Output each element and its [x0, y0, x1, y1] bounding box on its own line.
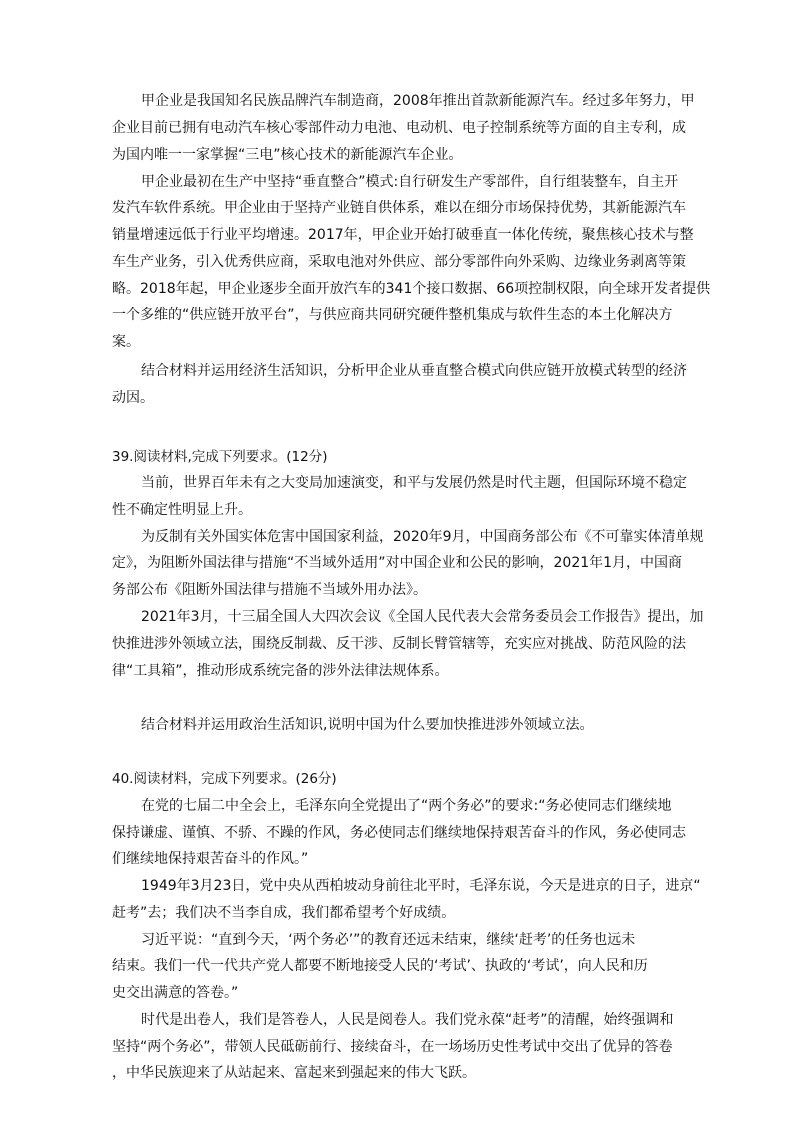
paragraph-line: 为国内唯一一家掌握“三电”核心技术的新能源汽车企业。 — [112, 144, 687, 166]
paragraph-line: 们继续地保持艰苦奋斗的作风。” — [112, 848, 687, 870]
paragraph-line: 发汽车软件系统。甲企业由于坚持产业链自供体系，难以在细分市场保持优势，其新能源汽… — [112, 197, 687, 219]
paragraph-line: 史交出满意的答卷。” — [112, 982, 687, 1004]
paragraph-line: 甲企业是我国知名民族品牌汽车制造商，2008年推出首款新能源汽车。经过多年努力，… — [141, 90, 687, 112]
paragraph-line: 销量增速远低于行业平均增速。2017年，甲企业开始打破垂直一体化传统，聚焦核心技… — [112, 224, 687, 246]
question-prompt-line: 动因。 — [112, 387, 687, 409]
paragraph-line: 2021年3月，十三届全国人大四次会议《全国人民代表大会常务委员会工作报告》提出… — [141, 606, 687, 628]
paragraph-line: 快推进涉外领域立法，围绕反制裁、反干涉、反制长臂管辖等，充实应对挑战、防范风险的… — [112, 633, 687, 655]
paragraph-line: 企业目前已拥有电动汽车核心零部件动力电池、电动机、电子控制系统等方面的自主专利，… — [112, 117, 687, 139]
paragraph-line: 甲企业最初在生产中坚持“垂直整合”模式:自行研发生产零部件，自行组装整车，自主开 — [141, 171, 687, 193]
paragraph-line: 为反制有关外国实体危害中国国家利益，2020年9月，中国商务部公布《不可靠实体清… — [141, 526, 687, 548]
paragraph-line: 结束。我们一代一代共产党人都要不断地接受人民的‘考试’、执政的‘考试’，向人民和… — [112, 955, 687, 977]
paragraph-line: 性不确定性明显上升。 — [112, 499, 687, 521]
paragraph-line: ，中华民族迎来了从站起来、富起来到强起来的伟大飞跃。 — [112, 1062, 687, 1084]
document-page: 甲企业是我国知名民族品牌汽车制造商，2008年推出首款新能源汽车。经过多年努力，… — [0, 0, 794, 1123]
paragraph-line: 当前，世界百年未有之大变局加速演变，和平与发展仍然是时代主题，但国际环境不稳定 — [141, 472, 687, 494]
paragraph-line: 1949年3月23日，党中央从西柏坡动身前往北平时，毛泽东说，今天是进京的日子，… — [141, 875, 687, 897]
paragraph-line: 案。 — [112, 331, 687, 353]
paragraph-line: 坚持“两个务必”，带领人民砥砺前行、接续奋斗，在一场场历史性考试中交出了优异的答… — [112, 1036, 687, 1058]
paragraph-line: 保持谦虚、谨慎、不骄、不躁的作风，务必使同志们继续地保持艰苦奋斗的作风，务必使同… — [112, 822, 687, 844]
paragraph-line: 习近平说：“直到今天，‘两个务必’”的教育还远未结束，继续‘赶考’的任务也远未 — [141, 929, 687, 951]
paragraph-line: 赶考”去；我们决不当李自成，我们都希望考个好成绩。 — [112, 902, 687, 924]
paragraph-line: 时代是出卷人，我们是答卷人，人民是阅卷人。我们党永葆“赶考”的清醒，始终强调和 — [141, 1009, 687, 1031]
question-prompt-line: 结合材料并运用经济生活知识，分析甲企业从垂直整合模式向供应链开放模式转型的经济 — [141, 360, 687, 382]
paragraph-line: 在党的七届二中全会上，毛泽东向全党提出了“两个务必”的要求:“务必使同志们继续地 — [141, 795, 687, 817]
paragraph-line: 务部公布《阻断外国法律与措施不当域外用办法》。 — [112, 579, 687, 601]
paragraph-line: 律“工具箱”，推动形成系统完备的涉外法律法规体系。 — [112, 660, 687, 682]
paragraph-line: 定》，为阻断外国法律与措施“不当域外适用”对中国企业和公民的影响，2021年1月… — [112, 552, 687, 574]
paragraph-line: 车生产业务，引入优秀供应商，采取电池对外供应、部分零部件向外采购、边缘业务剥离等… — [112, 251, 687, 273]
question-prompt-line: 结合材料并运用政治生活知识,说明中国为什么要加快推进涉外领域立法。 — [141, 714, 687, 736]
question-40-heading: 40.阅读材料，完成下列要求。(26分) — [112, 768, 687, 790]
paragraph-line: 一个多维的“供应链开放平台”，与供应商共同研究硬件整机集成与软件生态的本土化解决… — [112, 304, 687, 326]
question-39-heading: 39.阅读材料,完成下列要求。(12分) — [112, 446, 687, 468]
paragraph-line: 略。2018年起，甲企业逐步全面开放汽车的341个接口数据、66项控制权限，向全… — [112, 278, 687, 300]
